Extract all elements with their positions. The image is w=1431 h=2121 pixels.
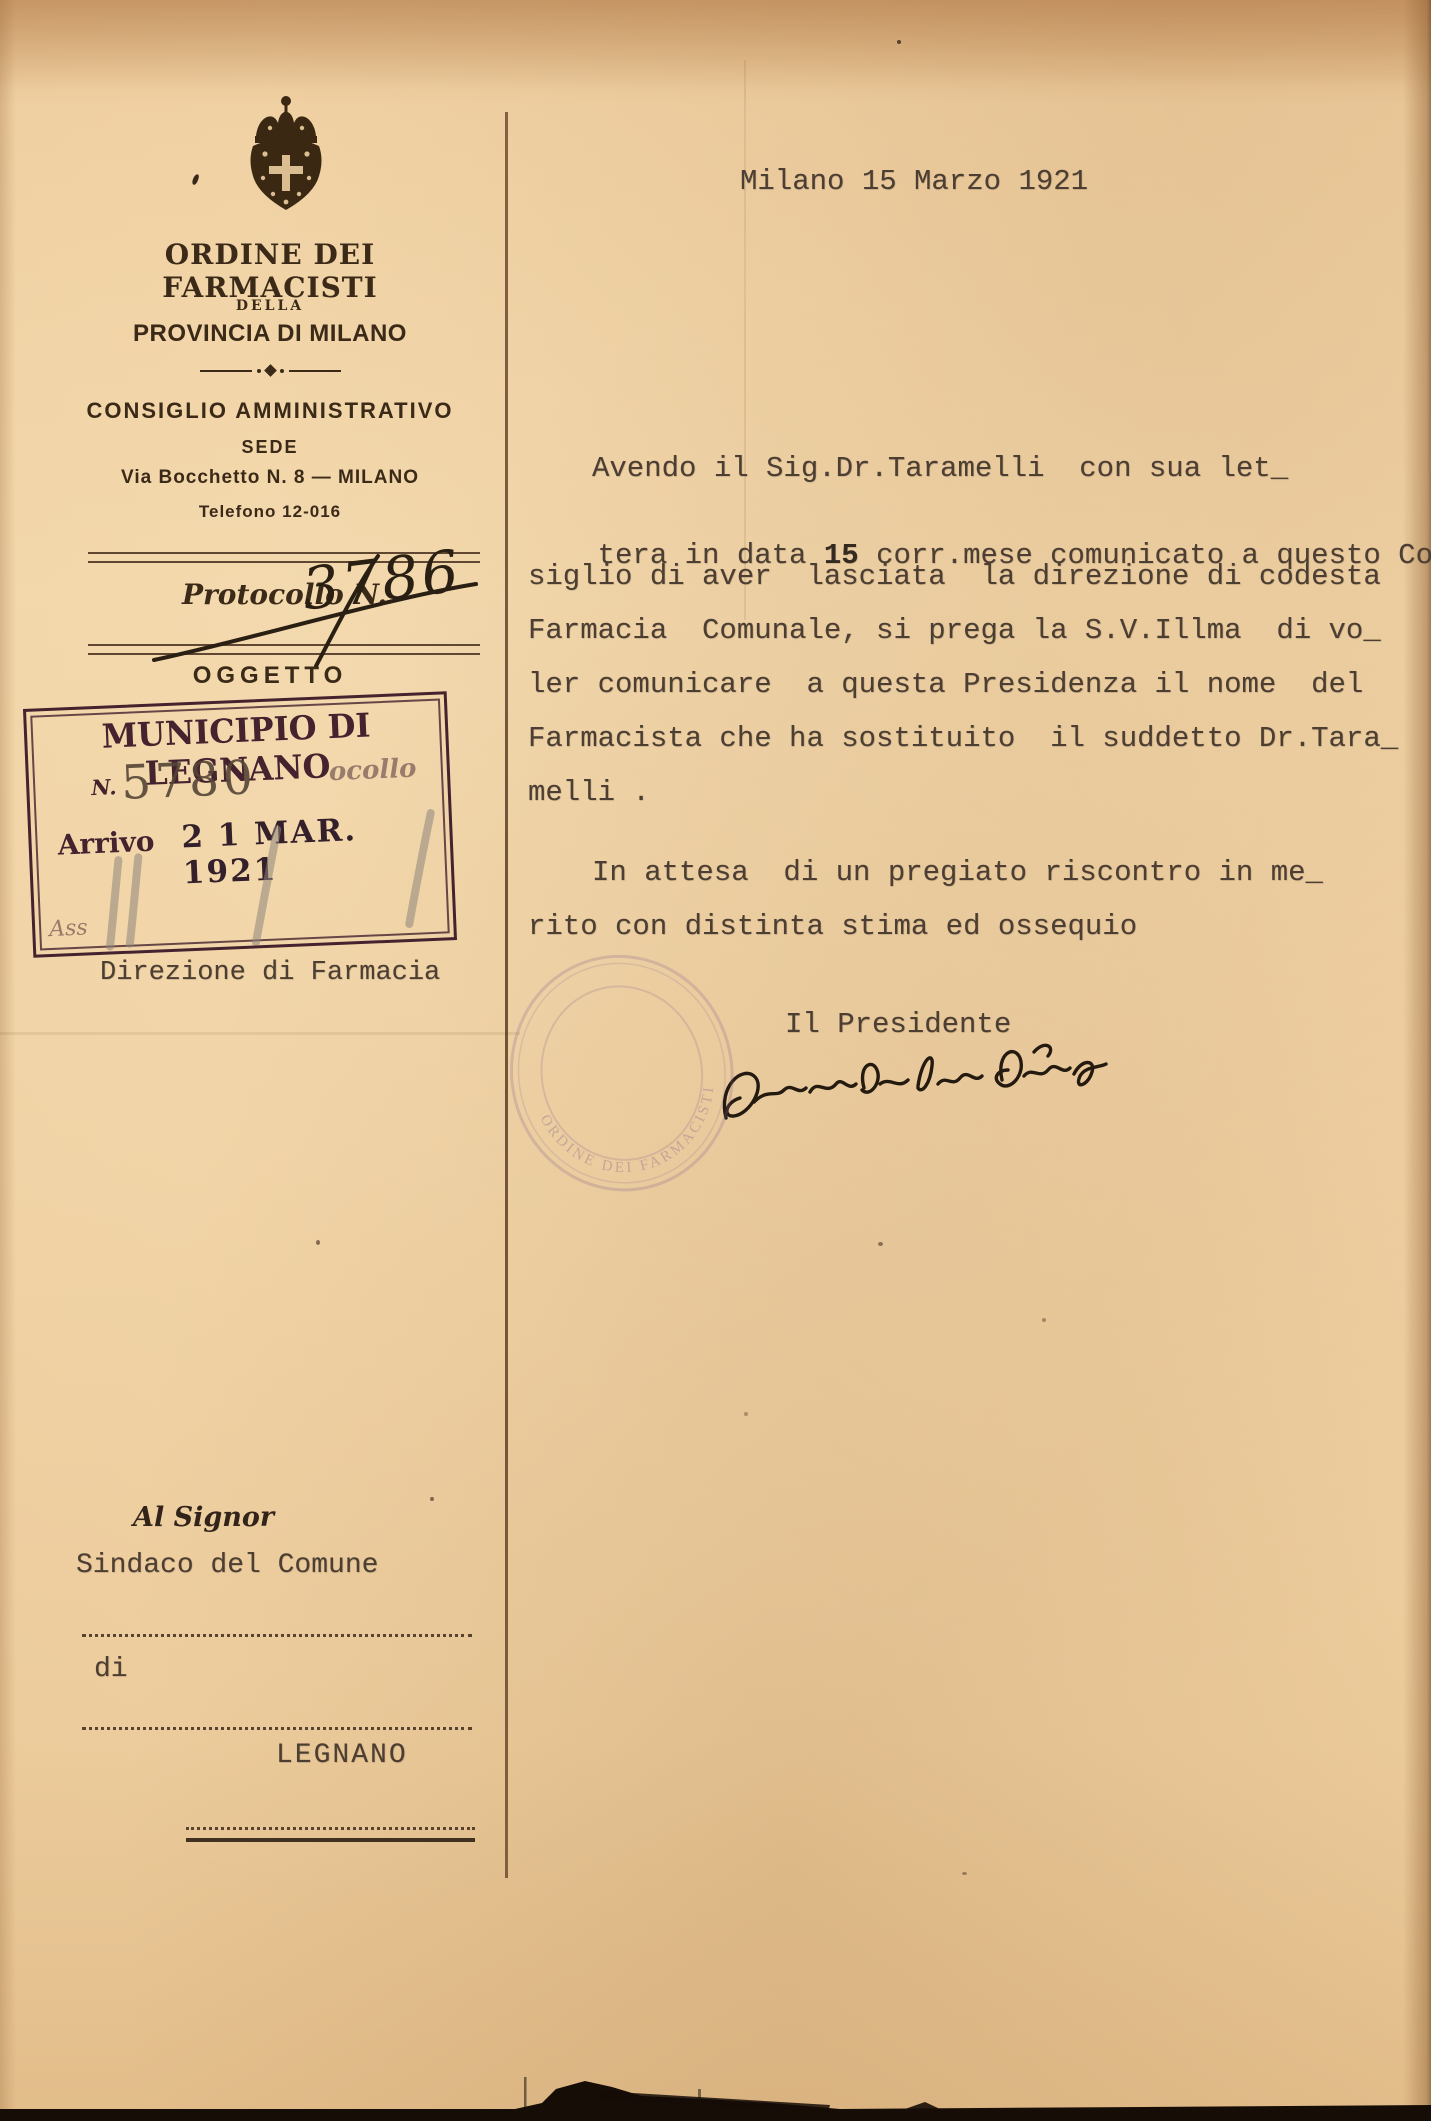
body-line: melli .	[528, 776, 650, 809]
body-line: In attesa di un pregiato riscontro in me…	[528, 856, 1323, 889]
paper-top-edge-shadow	[0, 0, 1431, 90]
recipient-rule-1	[82, 1634, 472, 1637]
body-line: rito con distinta stima ed ossequio	[528, 910, 1137, 943]
pencil-marks	[26, 694, 454, 954]
recipient-city: LEGNANO	[276, 1740, 408, 1771]
paper-speck	[744, 1412, 748, 1416]
sede-label: SEDE	[60, 437, 480, 458]
org-della: DELLA	[60, 298, 480, 314]
round-stamp: ORDINE DEI FARMACISTI · MILANO	[482, 928, 763, 1219]
recipient-rule-solid	[186, 1838, 475, 1842]
oggetto-label: OGGETTO	[60, 662, 480, 690]
body-line: siglio di aver lasciata la direzione di …	[528, 560, 1381, 593]
paper-speck	[962, 1872, 967, 1875]
paper-speck	[430, 1497, 434, 1501]
president-signature-handwritten	[700, 1038, 1160, 1158]
dateline: Milano 15 Marzo 1921	[740, 165, 1088, 198]
fold-crease-horizontal	[0, 1032, 520, 1035]
recipient-rule-3	[186, 1827, 475, 1830]
paper-speck	[878, 1242, 883, 1246]
oggetto-value: Direzione di Farmacia	[100, 958, 440, 988]
paper-speck	[1042, 1318, 1046, 1322]
body-line: Farmacista che ha sostituito il suddetto…	[528, 722, 1398, 755]
recipient-di-label: di	[94, 1654, 128, 1685]
recipient-salutation: Al Signor	[133, 1502, 274, 1533]
recipient-rule-2	[82, 1727, 472, 1730]
phone-line: Telefono 12-016	[60, 502, 480, 522]
body-line: ler comunicare a questa Presidenza il no…	[528, 668, 1363, 701]
paper-speck	[316, 1240, 320, 1245]
paper-speck	[897, 40, 901, 44]
arrival-stamp: MUNICIPIO DI LEGNANO N. 5780 ocollo Arri…	[23, 691, 457, 958]
council-line: CONSIGLIO AMMINISTRATIVO	[60, 398, 480, 424]
paper-left-edge-shadow	[0, 0, 16, 2121]
scanned-letter-page: ORDINE DEI FARMACISTI DELLA PROVINCIA DI…	[0, 0, 1431, 2121]
body-line: Farmacia Comunale, si prega la S.V.Illma…	[528, 614, 1381, 647]
recipient-title-line: Sindaco del Comune	[76, 1550, 378, 1581]
org-title: ORDINE DEI FARMACISTI	[60, 238, 480, 304]
crest-icon	[240, 92, 332, 216]
signature-title: Il Presidente	[785, 1008, 1011, 1041]
org-province: PROVINCIA DI MILANO	[60, 320, 480, 348]
scan-bottom-edge	[0, 2069, 1431, 2121]
protocol-handwriting-flourish	[120, 540, 500, 675]
body-line: Avendo il Sig.Dr.Taramelli con sua let_	[528, 452, 1288, 485]
paper-speck	[191, 173, 199, 185]
address-line: Via Bocchetto N. 8 — MILANO	[60, 467, 480, 489]
letterhead-ornament	[60, 366, 480, 375]
paper-right-edge-shadow	[1403, 0, 1431, 2121]
